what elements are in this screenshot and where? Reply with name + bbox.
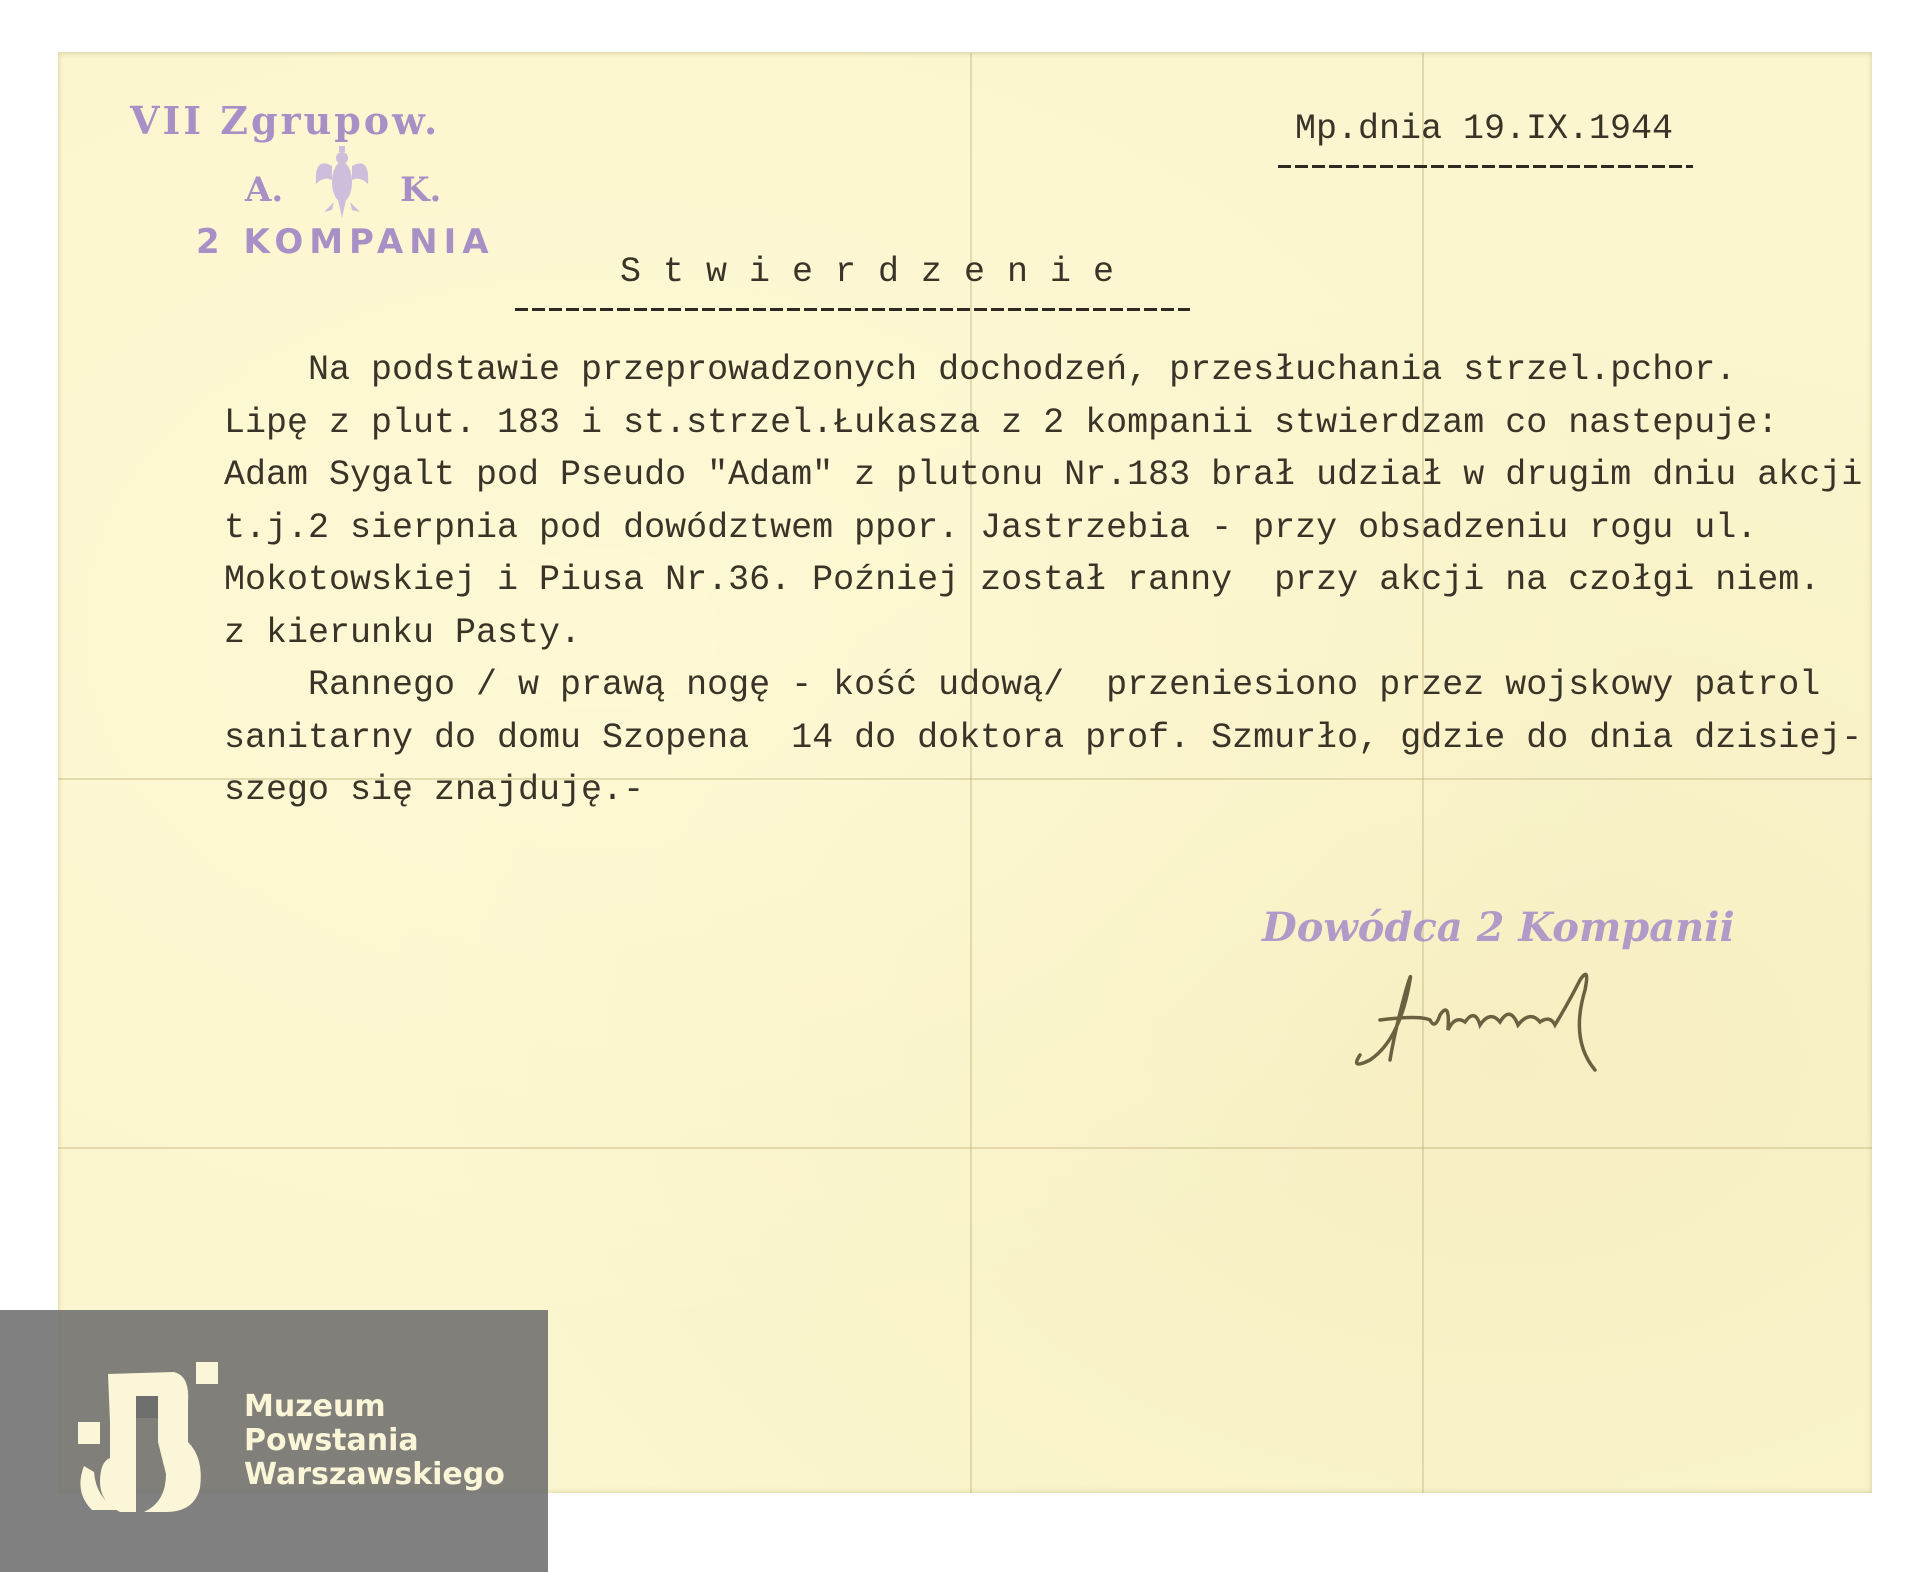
- body-line-1: Na podstawie przeprowadzonych dochodzeń,…: [224, 353, 1736, 388]
- document-title: Stwierdzenie: [620, 255, 1136, 290]
- document-date: Mp.dnia 19.IX.1944: [1295, 112, 1673, 147]
- date-underline: [1278, 165, 1693, 168]
- museum-name-line2: Powstania: [244, 1424, 505, 1458]
- commander-stamp: Dowódca 2 Kompanii: [1262, 904, 1735, 951]
- body-line-8: sanitarny do domu Szopena 14 do doktora …: [224, 721, 1862, 756]
- handwritten-signature-icon: [1340, 960, 1680, 1080]
- vertical-fold-line: [1422, 53, 1424, 1493]
- museum-name-line1: Muzeum: [244, 1390, 505, 1424]
- stamp-ak-left: A.: [245, 170, 283, 210]
- body-line-7: Rannego / w prawą nogę - kość udową/ prz…: [224, 668, 1820, 703]
- title-underline: [515, 308, 1190, 311]
- body-line-9: szego się znajduję.-: [224, 773, 644, 808]
- museum-name: Muzeum Powstania Warszawskiego: [244, 1390, 505, 1492]
- body-line-6: z kierunku Pasty.: [224, 616, 581, 651]
- body-line-4: t.j.2 sierpnia pod dowództwem ppor. Jast…: [224, 511, 1757, 546]
- polish-eagle-icon: [310, 146, 374, 234]
- body-line-5: Mokotowskiej i Piusa Nr.36. Poźniej zost…: [224, 563, 1820, 598]
- body-line-2: Lipę z plut. 183 i st.strzel.Łukasza z 2…: [224, 406, 1778, 441]
- unit-stamp-company: 2 KOMPANIA: [196, 222, 495, 262]
- horizontal-fold-line: [58, 1147, 1872, 1149]
- unit-stamp-line1: VII Zgrupow.: [130, 98, 440, 143]
- kotwica-pw-logo-icon: [70, 1362, 220, 1512]
- stamp-ak-right: K.: [400, 170, 441, 210]
- museum-logo-overlay: Muzeum Powstania Warszawskiego: [0, 1310, 548, 1572]
- body-line-3: Adam Sygalt pod Pseudo "Adam" z plutonu …: [224, 458, 1862, 493]
- museum-name-line3: Warszawskiego: [244, 1458, 505, 1492]
